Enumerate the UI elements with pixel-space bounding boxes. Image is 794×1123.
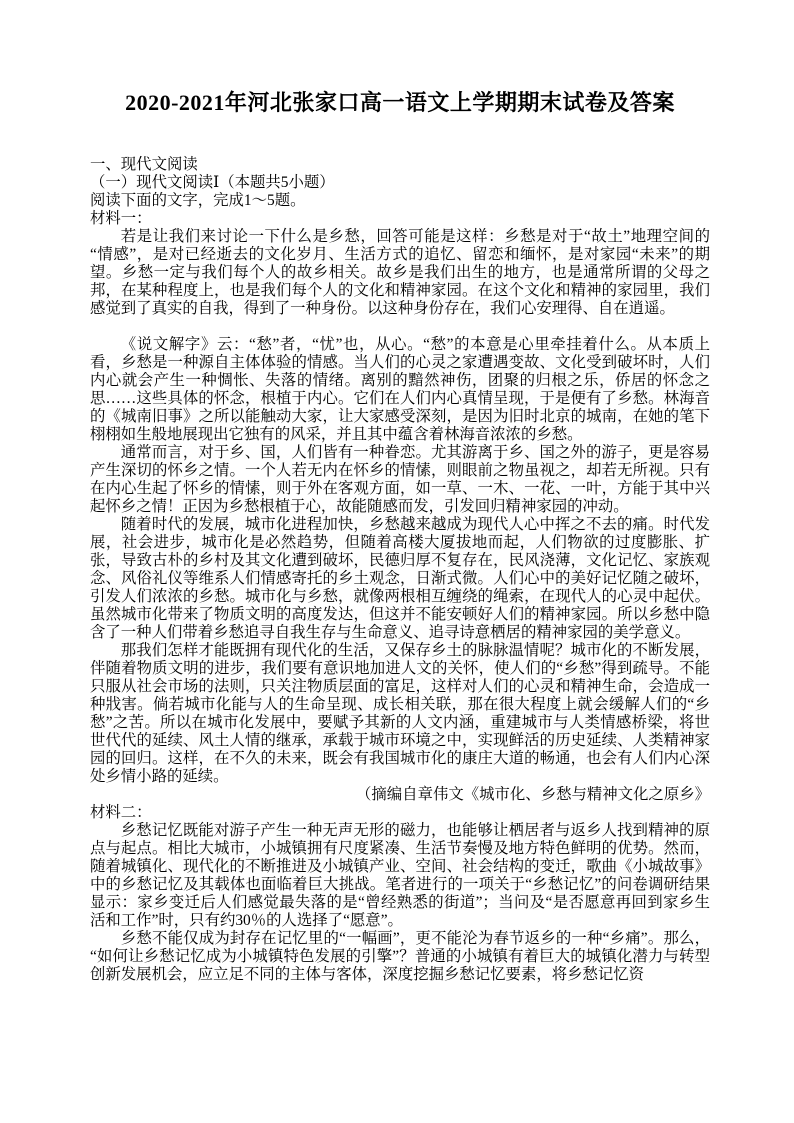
subsection-heading: （一）现代文阅读Ⅰ（本题共5小题）: [90, 174, 710, 192]
section-heading: 一、现代文阅读: [90, 156, 710, 174]
reading-instruction: 阅读下面的文字，完成1～5题。: [90, 192, 710, 210]
material-two-paragraph-2: 乡愁不能仅成为封存在记忆里的“一幅画”，更不能沦为春节返乡的一种“乡痛”。那么，…: [90, 930, 710, 984]
material-one-paragraph-3: 通常而言，对于乡、国，人们皆有一种眷恋。尤其游离于乡、国之外的游子，更是容易产生…: [90, 444, 710, 516]
material-one-paragraph-4: 随着时代的发展，城市化进程加快，乡愁越来越成为现代人心中挥之不去的痛。时代发展，…: [90, 516, 710, 642]
material-two-paragraph-1: 乡愁记忆既能对游子产生一种无声无形的磁力，也能够让栖居者与返乡人找到精神的原点与…: [90, 822, 710, 930]
document-body: 一、现代文阅读 （一）现代文阅读Ⅰ（本题共5小题） 阅读下面的文字，完成1～5题…: [90, 156, 710, 984]
material-one-attribution: （摘编自章伟文《城市化、乡愁与精神文化之原乡》: [90, 786, 710, 804]
paragraph-spacer: [90, 318, 710, 336]
material-two-label: 材料二：: [90, 804, 710, 822]
exam-paper-page: 2020-2021年河北张家口高一语文上学期期末试卷及答案 一、现代文阅读 （一…: [0, 0, 794, 1123]
material-one-paragraph-2: 《说文解字》云：“愁”者，“忧”也，从心。“愁”的本意是心里牵挂着什么。从本质上…: [90, 336, 710, 444]
page-title: 2020-2021年河北张家口高一语文上学期期末试卷及答案: [90, 88, 710, 118]
material-one-paragraph-1: 若是让我们来讨论一下什么是乡愁，回答可能是这样：乡愁是对于“故土”地理空间的“情…: [90, 228, 710, 318]
material-one-paragraph-5: 那我们怎样才能既拥有现代化的生活，又保存乡土的脉脉温情呢？城市化的不断发展，伴随…: [90, 642, 710, 786]
material-one-label: 材料一：: [90, 210, 710, 228]
